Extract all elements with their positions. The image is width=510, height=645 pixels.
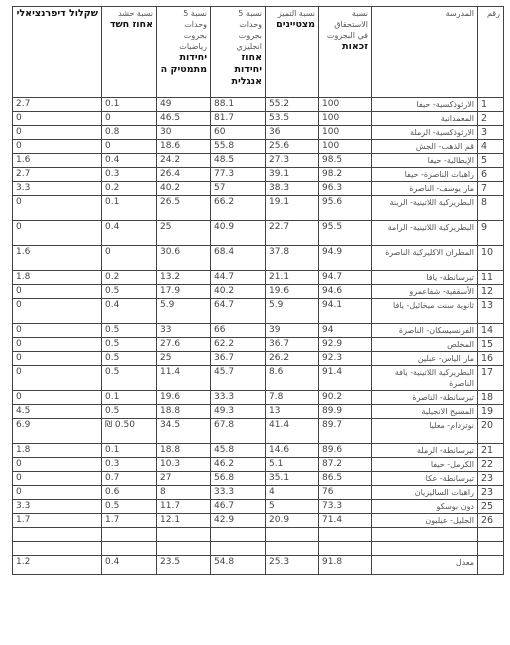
empty-row bbox=[13, 542, 504, 556]
eng5-cell: 81.7 bbox=[211, 112, 266, 126]
excellence-cell: 4 bbox=[266, 486, 319, 500]
excellence-cell: 39 bbox=[266, 324, 319, 338]
bagrut-cell: 73.3 bbox=[319, 500, 372, 514]
dropout-cell: ₪ 0.50 bbox=[102, 419, 157, 444]
differential-cell bbox=[13, 528, 102, 542]
bagrut-cell: 98.2 bbox=[319, 168, 372, 182]
eng5-cell: 67.8 bbox=[211, 419, 266, 444]
table-row: 1.6030.668.437.894.9المطران الاكليركية ا… bbox=[13, 246, 504, 271]
school-name-cell: المخلص bbox=[372, 338, 478, 352]
bagrut-cell: 98.5 bbox=[319, 154, 372, 168]
eng5-cell: 36.7 bbox=[211, 352, 266, 366]
row-number-cell: 3 bbox=[478, 126, 504, 140]
row-number-cell: 23 bbox=[478, 472, 504, 486]
bagrut-cell: 94.1 bbox=[319, 299, 372, 324]
excellence-cell: 22.7 bbox=[266, 221, 319, 246]
excellence-cell bbox=[266, 528, 319, 542]
differential-cell: 0 bbox=[13, 299, 102, 324]
school-name-cell: الجليل- عيلبون bbox=[372, 514, 478, 528]
table-row: 00.52536.726.292.3مار الياس- عبلين16 bbox=[13, 352, 504, 366]
math5-cell: 5.9 bbox=[157, 299, 211, 324]
table-row: 1.80.118.845.814.689.6تيرسانطة- الرملة21 bbox=[13, 444, 504, 458]
school-name-cell: تيرسانطة- الناصرة bbox=[372, 391, 478, 405]
dropout-cell: 0.4 bbox=[102, 221, 157, 246]
average-row: 1.20.423.554.825.391.8معدل bbox=[13, 556, 504, 575]
differential-cell: 0 bbox=[13, 112, 102, 126]
school-name-cell: معدل bbox=[372, 556, 478, 575]
differential-cell: 0 bbox=[13, 366, 102, 391]
math5-cell: 18.6 bbox=[157, 140, 211, 154]
school-name-cell: الكرمل- حيفا bbox=[372, 458, 478, 472]
differential-cell bbox=[13, 542, 102, 556]
bagrut-cell: 94.7 bbox=[319, 271, 372, 285]
math5-cell: 25 bbox=[157, 221, 211, 246]
header-differential-he: שקלול דיפרנציאלי bbox=[16, 8, 98, 20]
math5-cell: 33 bbox=[157, 324, 211, 338]
bagrut-cell: 90.2 bbox=[319, 391, 372, 405]
differential-cell: 0 bbox=[13, 221, 102, 246]
math5-cell: 10.3 bbox=[157, 458, 211, 472]
differential-cell: 6.9 bbox=[13, 419, 102, 444]
excellence-cell: 38.3 bbox=[266, 182, 319, 196]
math5-cell: 27.6 bbox=[157, 338, 211, 352]
header-row: שקלול דיפרנציאלי نسبة حشدאחוז חשד نسبة 5… bbox=[13, 7, 504, 98]
math5-cell: 49 bbox=[157, 98, 211, 112]
eng5-cell: 46.7 bbox=[211, 500, 266, 514]
bagrut-cell: 96.3 bbox=[319, 182, 372, 196]
differential-cell: 4.5 bbox=[13, 405, 102, 419]
row-number-cell: 25 bbox=[478, 500, 504, 514]
row-number-cell: 9 bbox=[478, 221, 504, 246]
row-number-cell: 14 bbox=[478, 324, 504, 338]
dropout-cell: 0.1 bbox=[102, 391, 157, 405]
excellence-cell: 41.4 bbox=[266, 419, 319, 444]
differential-cell: 3.3 bbox=[13, 500, 102, 514]
bagrut-cell: 76 bbox=[319, 486, 372, 500]
dropout-cell: 0.5 bbox=[102, 285, 157, 299]
header-math5-ar: نسبة 5 وحدات بجروت رياضيات bbox=[160, 8, 207, 52]
header-excellence-ar: نسبة التميز bbox=[269, 8, 315, 19]
dropout-cell: 0.1 bbox=[102, 98, 157, 112]
table-row: 00.511.445.78.691.4البطريركية اللاتينية-… bbox=[13, 366, 504, 391]
differential-cell: 0 bbox=[13, 196, 102, 221]
dropout-cell: 0.1 bbox=[102, 196, 157, 221]
row-number-cell: 10 bbox=[478, 246, 504, 271]
bagrut-cell: 87.2 bbox=[319, 458, 372, 472]
dropout-cell: 0.2 bbox=[102, 182, 157, 196]
eng5-cell: 57 bbox=[211, 182, 266, 196]
bagrut-cell: 100 bbox=[319, 98, 372, 112]
excellence-cell: 19.1 bbox=[266, 196, 319, 221]
differential-cell: 0 bbox=[13, 391, 102, 405]
header-school: المدرسة bbox=[372, 7, 478, 98]
bagrut-cell: 100 bbox=[319, 126, 372, 140]
excellence-cell: 25.6 bbox=[266, 140, 319, 154]
bagrut-cell: 100 bbox=[319, 112, 372, 126]
row-number-cell: 4 bbox=[478, 140, 504, 154]
excellence-cell: 26.2 bbox=[266, 352, 319, 366]
header-math5-he: יחידות מתמטיק ה bbox=[160, 52, 207, 76]
excellence-cell: 55.2 bbox=[266, 98, 319, 112]
differential-cell: 1.2 bbox=[13, 556, 102, 575]
eng5-cell: 49.3 bbox=[211, 405, 266, 419]
bagrut-cell: 91.4 bbox=[319, 366, 372, 391]
eng5-cell: 33.3 bbox=[211, 391, 266, 405]
table-row: 1.71.712.142.920.971.4الجليل- عيلبون26 bbox=[13, 514, 504, 528]
bagrut-cell bbox=[319, 528, 372, 542]
math5-cell: 19.6 bbox=[157, 391, 211, 405]
dropout-cell: 0.5 bbox=[102, 324, 157, 338]
bagrut-cell: 89.6 bbox=[319, 444, 372, 458]
header-dropout: نسبة حشدאחוז חשד bbox=[102, 7, 157, 98]
school-name-cell: المعمدانية bbox=[372, 112, 478, 126]
table-body: 2.70.14988.155.2100الارثوذكسية- حيفا1004… bbox=[13, 98, 504, 575]
math5-cell: 27 bbox=[157, 472, 211, 486]
excellence-cell: 37.8 bbox=[266, 246, 319, 271]
dropout-cell bbox=[102, 542, 157, 556]
math5-cell: 11.7 bbox=[157, 500, 211, 514]
eng5-cell: 56.8 bbox=[211, 472, 266, 486]
dropout-cell: 0 bbox=[102, 112, 157, 126]
school-name-cell: تيرسانطة- عكا bbox=[372, 472, 478, 486]
excellence-cell: 20.9 bbox=[266, 514, 319, 528]
excellence-cell: 5.9 bbox=[266, 299, 319, 324]
eng5-cell: 46.2 bbox=[211, 458, 266, 472]
differential-cell: 1.7 bbox=[13, 514, 102, 528]
dropout-cell: 0.4 bbox=[102, 154, 157, 168]
bagrut-cell: 71.4 bbox=[319, 514, 372, 528]
eng5-cell: 60 bbox=[211, 126, 266, 140]
dropout-cell: 0.8 bbox=[102, 126, 157, 140]
row-number-cell: 5 bbox=[478, 154, 504, 168]
differential-cell: 1.6 bbox=[13, 154, 102, 168]
school-name-cell: الارثوذكسية- الرملة bbox=[372, 126, 478, 140]
math5-cell: 30.6 bbox=[157, 246, 211, 271]
eng5-cell: 77.3 bbox=[211, 168, 266, 182]
eng5-cell: 64.7 bbox=[211, 299, 266, 324]
excellence-cell: 21.1 bbox=[266, 271, 319, 285]
math5-cell: 13.2 bbox=[157, 271, 211, 285]
excellence-cell: 53.5 bbox=[266, 112, 319, 126]
table-row: 00.527.662.236.792.9المخلص15 bbox=[13, 338, 504, 352]
empty-row bbox=[13, 528, 504, 542]
eng5-cell: 54.8 bbox=[211, 556, 266, 575]
row-number-cell bbox=[478, 528, 504, 542]
excellence-cell: 5.1 bbox=[266, 458, 319, 472]
bagrut-cell: 92.9 bbox=[319, 338, 372, 352]
school-name-cell: المسيح الانجيلية bbox=[372, 405, 478, 419]
table-row: 00.533663994الفرنسيسكان- الناصرة14 bbox=[13, 324, 504, 338]
school-name-cell: راهبات الناصرة- حيفا bbox=[372, 168, 478, 182]
row-number-cell: 17 bbox=[478, 366, 504, 391]
eng5-cell: 62.2 bbox=[211, 338, 266, 352]
row-number-cell bbox=[478, 542, 504, 556]
eng5-cell: 48.5 bbox=[211, 154, 266, 168]
header-bagrut-ar: نسبة الاستحقاق في البجروت bbox=[322, 8, 368, 41]
table-row: 00.42540.922.795.5البطريركية اللاتينية- … bbox=[13, 221, 504, 246]
header-eng5-ar: نسبة 5 وحدات بجروت انجليزي bbox=[214, 8, 262, 52]
dropout-cell: 0.4 bbox=[102, 556, 157, 575]
differential-cell: 2.7 bbox=[13, 98, 102, 112]
table-row: 1.60.424.248.527.398.5الإيطالية- حيفا5 bbox=[13, 154, 504, 168]
row-number-cell: 12 bbox=[478, 285, 504, 299]
school-name-cell bbox=[372, 542, 478, 556]
header-eng5-he: אחוז יחידות אנגלית bbox=[214, 52, 262, 88]
dropout-cell: 0 bbox=[102, 140, 157, 154]
header-math5: نسبة 5 وحدات بجروت رياضياتיחידות מתמטיק … bbox=[157, 7, 211, 98]
table-row: 00.8306036100الارثوذكسية- الرملة3 bbox=[13, 126, 504, 140]
eng5-cell: 42.9 bbox=[211, 514, 266, 528]
school-name-cell: دون بوسكو bbox=[372, 500, 478, 514]
eng5-cell: 66 bbox=[211, 324, 266, 338]
differential-cell: 0 bbox=[13, 285, 102, 299]
school-name-cell: تيرسانطة- الرملة bbox=[372, 444, 478, 458]
dropout-cell: 0.3 bbox=[102, 168, 157, 182]
row-number-cell: 26 bbox=[478, 514, 504, 528]
eng5-cell: 88.1 bbox=[211, 98, 266, 112]
dropout-cell: 0.7 bbox=[102, 472, 157, 486]
school-name-cell: ثانوية سنت ميخائيل- يافا bbox=[372, 299, 478, 324]
school-name-cell bbox=[372, 528, 478, 542]
dropout-cell: 0.5 bbox=[102, 366, 157, 391]
dropout-cell: 0.3 bbox=[102, 458, 157, 472]
row-number-cell: 2 bbox=[478, 112, 504, 126]
math5-cell: 25 bbox=[157, 352, 211, 366]
table-row: 00.119.633.37.890.2تيرسانطة- الناصرة18 bbox=[13, 391, 504, 405]
bagrut-cell: 94 bbox=[319, 324, 372, 338]
differential-cell: 0 bbox=[13, 458, 102, 472]
excellence-cell: 25.3 bbox=[266, 556, 319, 575]
math5-cell: 11.4 bbox=[157, 366, 211, 391]
table-row: 4.50.518.849.31389.9المسيح الانجيلية19 bbox=[13, 405, 504, 419]
eng5-cell: 66.2 bbox=[211, 196, 266, 221]
school-name-cell: نوتردام- معليا bbox=[372, 419, 478, 444]
math5-cell: 17.9 bbox=[157, 285, 211, 299]
school-name-cell: مار يوسف- الناصرة bbox=[372, 182, 478, 196]
school-name-cell: الأسقفية- شفاعمرو bbox=[372, 285, 478, 299]
row-number-cell: 13 bbox=[478, 299, 504, 324]
dropout-cell: 0.4 bbox=[102, 299, 157, 324]
differential-cell: 0 bbox=[13, 472, 102, 486]
row-number-cell bbox=[478, 556, 504, 575]
eng5-cell: 45.8 bbox=[211, 444, 266, 458]
excellence-cell: 27.3 bbox=[266, 154, 319, 168]
row-number-cell: 15 bbox=[478, 338, 504, 352]
differential-cell: 1.8 bbox=[13, 271, 102, 285]
table-row: 3.30.240.25738.396.3مار يوسف- الناصرة7 bbox=[13, 182, 504, 196]
math5-cell: 26.5 bbox=[157, 196, 211, 221]
math5-cell: 8 bbox=[157, 486, 211, 500]
excellence-cell: 36 bbox=[266, 126, 319, 140]
bagrut-cell bbox=[319, 542, 372, 556]
table-row: 00.310.346.25.187.2الكرمل- حيفا22 bbox=[13, 458, 504, 472]
school-name-cell: الفرنسيسكان- الناصرة bbox=[372, 324, 478, 338]
differential-cell: 0 bbox=[13, 338, 102, 352]
row-number-cell: 21 bbox=[478, 444, 504, 458]
dropout-cell: 0.1 bbox=[102, 444, 157, 458]
math5-cell: 46.5 bbox=[157, 112, 211, 126]
row-number-cell: 8 bbox=[478, 196, 504, 221]
row-number-cell: 1 bbox=[478, 98, 504, 112]
row-number-cell: 16 bbox=[478, 352, 504, 366]
table-row: 2.70.326.477.339.198.2راهبات الناصرة- حي… bbox=[13, 168, 504, 182]
school-name-cell: الارثوذكسية- حيفا bbox=[372, 98, 478, 112]
dropout-cell: 0.6 bbox=[102, 486, 157, 500]
table-row: 00.517.940.219.694.6الأسقفية- شفاعمرو12 bbox=[13, 285, 504, 299]
row-number-cell: 11 bbox=[478, 271, 504, 285]
header-eng5: نسبة 5 وحدات بجروت انجليزيאחוז יחידות אנ… bbox=[211, 7, 266, 98]
table-row: 00.6833.3476راهبات الساليزيان23 bbox=[13, 486, 504, 500]
math5-cell: 40.2 bbox=[157, 182, 211, 196]
school-name-cell: البطريركية اللاتينية- يافة الناصرة bbox=[372, 366, 478, 391]
dropout-cell: 0.5 bbox=[102, 352, 157, 366]
excellence-cell bbox=[266, 542, 319, 556]
differential-cell: 1.8 bbox=[13, 444, 102, 458]
table-row: 00.45.964.75.994.1ثانوية سنت ميخائيل- يا… bbox=[13, 299, 504, 324]
header-bagrut: نسبة الاستحقاق في البجروتזכאות bbox=[319, 7, 372, 98]
dropout-cell: 0.2 bbox=[102, 271, 157, 285]
differential-cell: 0 bbox=[13, 126, 102, 140]
bagrut-cell: 95.5 bbox=[319, 221, 372, 246]
bagrut-cell: 92.3 bbox=[319, 352, 372, 366]
math5-cell: 18.8 bbox=[157, 405, 211, 419]
differential-cell: 0 bbox=[13, 140, 102, 154]
math5-cell bbox=[157, 542, 211, 556]
bagrut-cell: 89.9 bbox=[319, 405, 372, 419]
school-name-cell: البطريركية اللاتينية- الرامة bbox=[372, 221, 478, 246]
eng5-cell: 68.4 bbox=[211, 246, 266, 271]
header-school-ar: المدرسة bbox=[375, 8, 474, 19]
differential-cell: 2.7 bbox=[13, 168, 102, 182]
differential-cell: 0 bbox=[13, 486, 102, 500]
math5-cell: 26.4 bbox=[157, 168, 211, 182]
row-number-cell: 7 bbox=[478, 182, 504, 196]
row-number-cell: 23 bbox=[478, 486, 504, 500]
eng5-cell: 33.3 bbox=[211, 486, 266, 500]
table-row: 6.9₪ 0.5034.567.841.489.7نوتردام- معليا2… bbox=[13, 419, 504, 444]
header-number: رقم bbox=[478, 7, 504, 98]
table-row: 00.72756.835.186.5تيرسانطة- عكا23 bbox=[13, 472, 504, 486]
dropout-cell: 0.5 bbox=[102, 500, 157, 514]
differential-cell: 1.6 bbox=[13, 246, 102, 271]
excellence-cell: 14.6 bbox=[266, 444, 319, 458]
table-row: 00.126.566.219.195.6البطريركية اللاتينية… bbox=[13, 196, 504, 221]
eng5-cell bbox=[211, 528, 266, 542]
math5-cell: 30 bbox=[157, 126, 211, 140]
table-row: 3.30.511.746.7573.3دون بوسكو25 bbox=[13, 500, 504, 514]
excellence-cell: 5 bbox=[266, 500, 319, 514]
school-name-cell: تيرسانطة- يافا bbox=[372, 271, 478, 285]
table-row: 2.70.14988.155.2100الارثوذكسية- حيفا1 bbox=[13, 98, 504, 112]
excellence-cell: 8.6 bbox=[266, 366, 319, 391]
table-row: 0018.655.825.6100قم الذهب- الجش4 bbox=[13, 140, 504, 154]
row-number-cell: 20 bbox=[478, 419, 504, 444]
school-name-cell: الإيطالية- حيفا bbox=[372, 154, 478, 168]
table-row: 0046.581.753.5100المعمدانية2 bbox=[13, 112, 504, 126]
dropout-cell: 0 bbox=[102, 246, 157, 271]
header-dropout-ar: نسبة حشد bbox=[105, 8, 153, 19]
bagrut-cell: 100 bbox=[319, 140, 372, 154]
differential-cell: 0 bbox=[13, 352, 102, 366]
dropout-cell: 1.7 bbox=[102, 514, 157, 528]
math5-cell: 23.5 bbox=[157, 556, 211, 575]
math5-cell: 34.5 bbox=[157, 419, 211, 444]
excellence-cell: 36.7 bbox=[266, 338, 319, 352]
row-number-cell: 6 bbox=[478, 168, 504, 182]
differential-cell: 0 bbox=[13, 324, 102, 338]
row-number-cell: 22 bbox=[478, 458, 504, 472]
excellence-cell: 7.8 bbox=[266, 391, 319, 405]
school-name-cell: راهبات الساليزيان bbox=[372, 486, 478, 500]
math5-cell: 24.2 bbox=[157, 154, 211, 168]
school-name-cell: قم الذهب- الجش bbox=[372, 140, 478, 154]
differential-cell: 3.3 bbox=[13, 182, 102, 196]
header-excellence: نسبة التميزמצטיינים bbox=[266, 7, 319, 98]
eng5-cell: 40.2 bbox=[211, 285, 266, 299]
bagrut-cell: 94.6 bbox=[319, 285, 372, 299]
bagrut-cell: 94.9 bbox=[319, 246, 372, 271]
eng5-cell bbox=[211, 542, 266, 556]
dropout-cell: 0.5 bbox=[102, 338, 157, 352]
dropout-cell: 0.5 bbox=[102, 405, 157, 419]
excellence-cell: 39.1 bbox=[266, 168, 319, 182]
header-bagrut-he: זכאות bbox=[322, 41, 368, 53]
header-number-ar: رقم bbox=[481, 8, 500, 19]
school-name-cell: البطريركية اللاتينية- الرينة bbox=[372, 196, 478, 221]
header-differential: שקלול דיפרנציאלי bbox=[13, 7, 102, 98]
table-row: 1.80.213.244.721.194.7تيرسانطة- يافا11 bbox=[13, 271, 504, 285]
eng5-cell: 45.7 bbox=[211, 366, 266, 391]
math5-cell: 18.8 bbox=[157, 444, 211, 458]
bagrut-cell: 91.8 bbox=[319, 556, 372, 575]
bagrut-cell: 89.7 bbox=[319, 419, 372, 444]
school-ranking-table: שקלול דיפרנציאלי نسبة حشدאחוז חשד نسبة 5… bbox=[12, 6, 504, 575]
math5-cell: 12.1 bbox=[157, 514, 211, 528]
school-name-cell: مار الياس- عبلين bbox=[372, 352, 478, 366]
eng5-cell: 44.7 bbox=[211, 271, 266, 285]
eng5-cell: 55.8 bbox=[211, 140, 266, 154]
eng5-cell: 40.9 bbox=[211, 221, 266, 246]
header-excellence-he: מצטיינים bbox=[269, 19, 315, 31]
excellence-cell: 35.1 bbox=[266, 472, 319, 486]
row-number-cell: 18 bbox=[478, 391, 504, 405]
school-name-cell: المطران الاكليركية الناصرة bbox=[372, 246, 478, 271]
header-dropout-he: אחוז חשד bbox=[105, 19, 153, 31]
bagrut-cell: 95.6 bbox=[319, 196, 372, 221]
row-number-cell: 19 bbox=[478, 405, 504, 419]
excellence-cell: 13 bbox=[266, 405, 319, 419]
bagrut-cell: 86.5 bbox=[319, 472, 372, 486]
math5-cell bbox=[157, 528, 211, 542]
dropout-cell bbox=[102, 528, 157, 542]
excellence-cell: 19.6 bbox=[266, 285, 319, 299]
